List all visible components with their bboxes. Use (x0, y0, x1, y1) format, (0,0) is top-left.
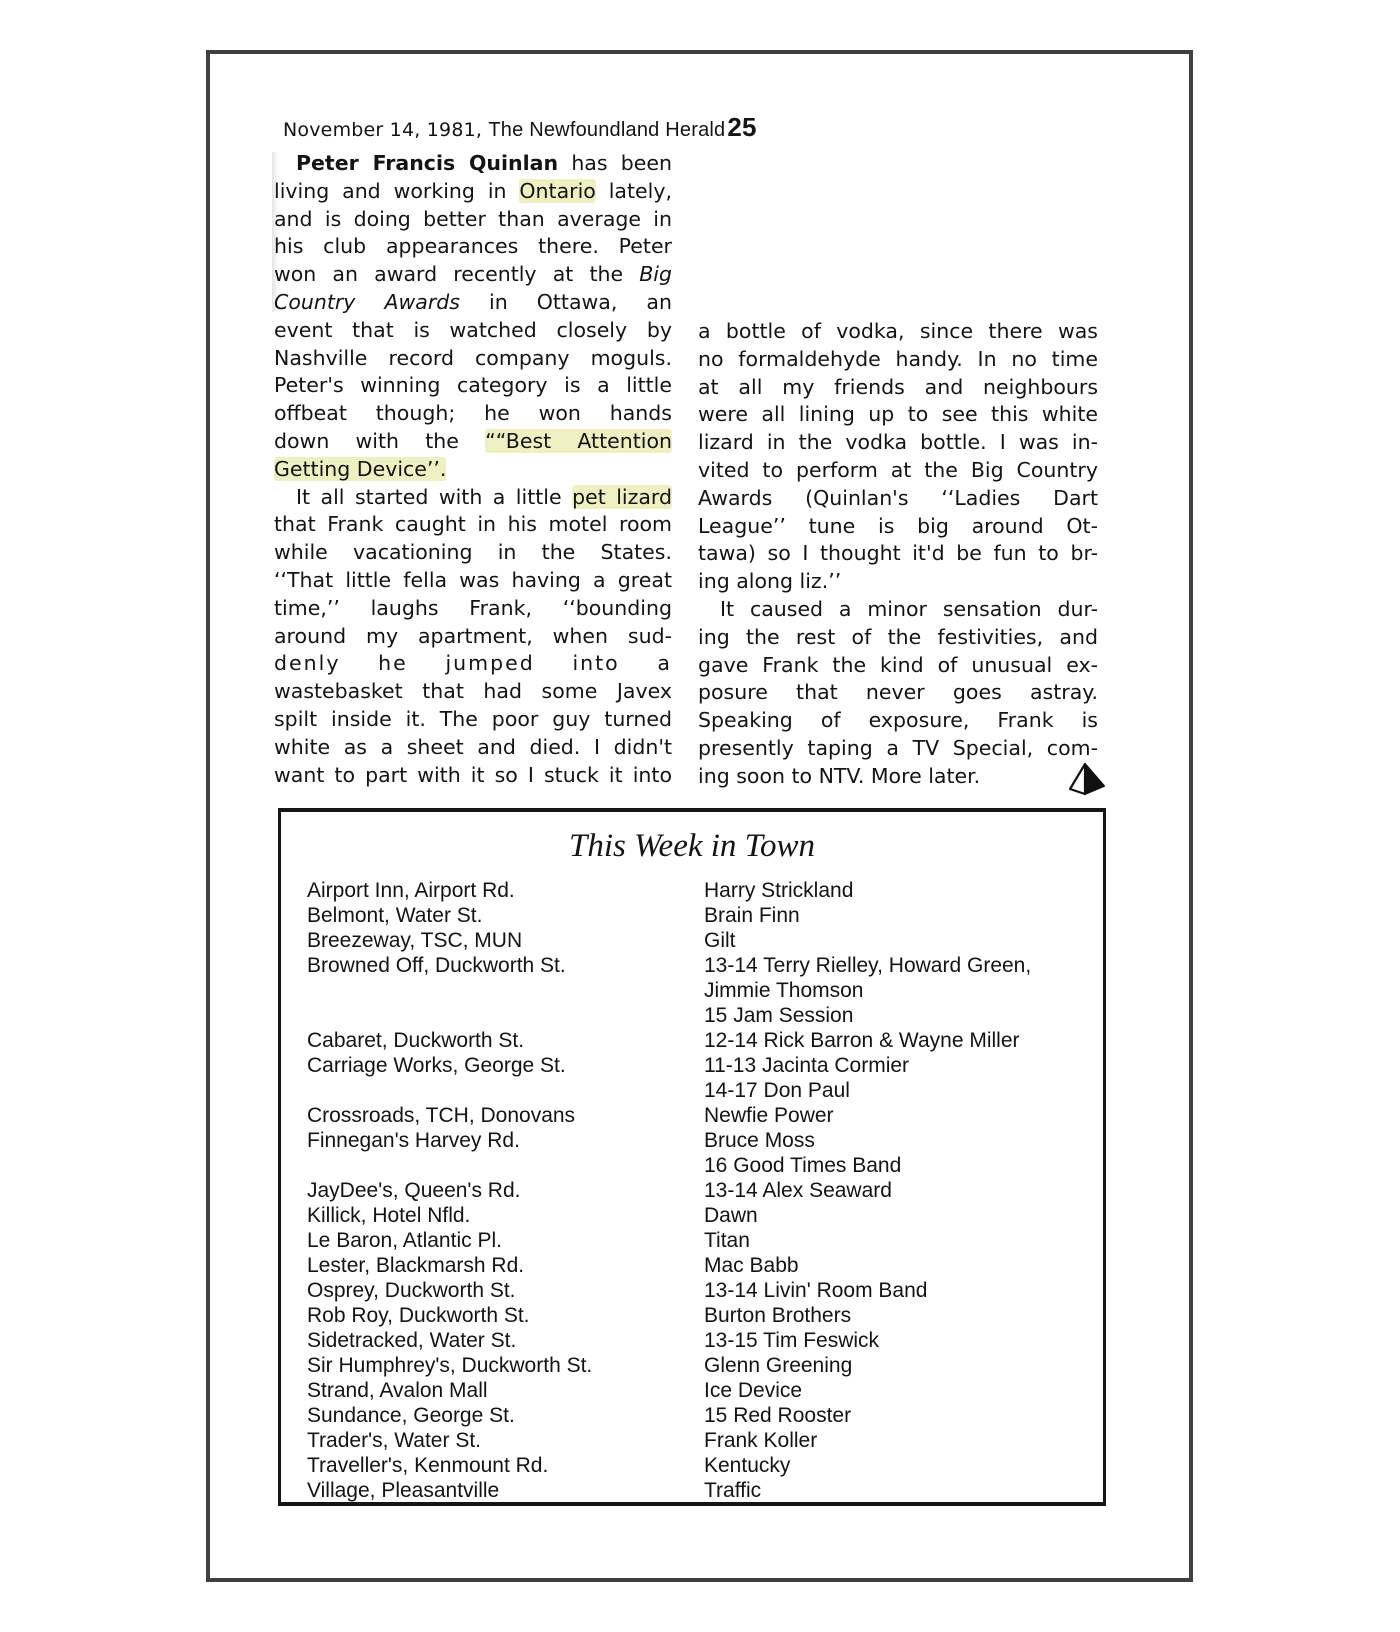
article-left-column: Peter Francis Quinlan has been living an… (274, 150, 672, 789)
venue-name: Killick, Hotel Nfld. (307, 1203, 687, 1228)
text-line: ing along liz.’’ (698, 568, 1098, 596)
text-line: posure that never goes astray. (698, 679, 1098, 707)
text-fragment: lately, (596, 179, 672, 203)
text-fragment: down with the (274, 429, 485, 453)
text-line: while vacationing in the States. (274, 539, 672, 567)
venue-name: Sundance, George St. (307, 1403, 687, 1428)
issue-date: November 14, 1981, (283, 119, 482, 141)
act-name: Burton Brothers (704, 1303, 1094, 1328)
text-line: were all lining up to see this white (698, 401, 1098, 429)
paragraph-2: It all started with a little pet lizard … (274, 484, 672, 790)
text-line: presently taping a TV Special, com- (698, 735, 1098, 763)
act-name: 15 Red Rooster (704, 1403, 1094, 1428)
highlight-award: Getting Device’’. (274, 457, 446, 481)
text-line: at all my friends and neighbours (698, 374, 1098, 402)
venue-name: Traveller's, Kenmount Rd. (307, 1453, 687, 1478)
text-line: spilt inside it. The poor guy turned (274, 706, 672, 734)
highlight-ontario: Ontario (519, 179, 595, 203)
venue-name (307, 978, 687, 1003)
act-name: 12-14 Rick Barron & Wayne Miller (704, 1028, 1094, 1053)
article-right-column: a bottle of vodka, since there was no fo… (698, 318, 1098, 791)
text-line: vited to perform at the Big Country (698, 457, 1098, 485)
venue-name: Trader's, Water St. (307, 1428, 687, 1453)
venue-name: Crossroads, TCH, Donovans (307, 1103, 687, 1128)
text-line: and is doing better than average in (274, 206, 672, 234)
text-line: ing the rest of the festivities, and (698, 624, 1098, 652)
act-name: Jimmie Thomson (704, 978, 1094, 1003)
text-line: that Frank caught in his motel room (274, 511, 672, 539)
text-fragment: Big (639, 262, 672, 286)
venue-name: Cabaret, Duckworth St. (307, 1028, 687, 1053)
venue-name: Airport Inn, Airport Rd. (307, 878, 687, 903)
highlight-award: ““Best Attention (485, 429, 672, 453)
text-fragment: Country Awards (274, 290, 460, 314)
act-name: Gilt (704, 928, 1094, 953)
act-name: 13-14 Terry Rielley, Howard Green, (704, 953, 1094, 978)
text-line: Country Awards in Ottawa, an (274, 289, 672, 317)
text-line: won an award recently at the Big (274, 261, 672, 289)
text-line: want to part with it so I stuck it into (274, 762, 672, 790)
venue-name: Le Baron, Atlantic Pl. (307, 1228, 687, 1253)
text-line: offbeat though; he won hands (274, 400, 672, 428)
text-line: League’’ tune is big around Ot- (698, 513, 1098, 541)
text-line: gave Frank the kind of unusual ex- (698, 652, 1098, 680)
venue-name: JayDee's, Queen's Rd. (307, 1178, 687, 1203)
text-fragment: in Ottawa, an (460, 290, 672, 314)
text-line: around my apartment, when sud- (274, 623, 672, 651)
this-week-in-town-box: This Week in Town Airport Inn, Airport R… (278, 808, 1106, 1506)
text-line: Peter Francis Quinlan has been (274, 150, 672, 178)
text-line: tawa) so I thought it'd be fun to br- (698, 540, 1098, 568)
venue-column: Airport Inn, Airport Rd.Belmont, Water S… (307, 878, 687, 1503)
act-name: Traffic (704, 1478, 1094, 1503)
text-line: white as a sheet and died. I didn't (274, 734, 672, 762)
venue-name: Rob Roy, Duckworth St. (307, 1303, 687, 1328)
text-line: denly he jumped into a (274, 650, 672, 678)
text-line: Nashville record company moguls. (274, 345, 672, 373)
venue-name: Sir Humphrey's, Duckworth St. (307, 1353, 687, 1378)
act-name: Bruce Moss (704, 1128, 1094, 1153)
text-fragment: living and working in (274, 179, 519, 203)
text-line: a bottle of vodka, since there was (698, 318, 1098, 346)
text-line: no formaldehyde handy. In no time (698, 346, 1098, 374)
venue-name (307, 1003, 687, 1028)
text-line: time,’’ laughs Frank, ‘‘bounding (274, 595, 672, 623)
text-line: It all started with a little pet lizard (274, 484, 672, 512)
venue-name: Belmont, Water St. (307, 903, 687, 928)
act-name: Titan (704, 1228, 1094, 1253)
venue-name: Breezeway, TSC, MUN (307, 928, 687, 953)
act-name: 13-15 Tim Feswick (704, 1328, 1094, 1353)
text-line: Speaking of exposure, Frank is (698, 707, 1098, 735)
act-name: 13-14 Alex Seaward (704, 1178, 1094, 1203)
act-name: Dawn (704, 1203, 1094, 1228)
venue-name: Strand, Avalon Mall (307, 1378, 687, 1403)
listing-title: This Week in Town (281, 828, 1103, 865)
act-name: 11-13 Jacinta Cormier (704, 1053, 1094, 1078)
act-column: Harry StricklandBrain FinnGilt13-14 Terr… (704, 878, 1094, 1503)
text-fragment: It all started with a little (296, 485, 572, 509)
paragraph-1: Peter Francis Quinlan has been living an… (274, 150, 672, 484)
text-line: lizard in the vodka bottle. I was in- (698, 429, 1098, 457)
paragraph-4: It caused a minor sensation dur- ing the… (698, 596, 1098, 791)
text-line: event that is watched closely by (274, 317, 672, 345)
text-line: Getting Device’’. (274, 456, 672, 484)
act-name: Mac Babb (704, 1253, 1094, 1278)
act-name: 14-17 Don Paul (704, 1078, 1094, 1103)
act-name: 13-14 Livin' Room Band (704, 1278, 1094, 1303)
lead-name: Peter Francis Quinlan (296, 151, 558, 175)
act-name: Newfie Power (704, 1103, 1094, 1128)
act-name: Harry Strickland (704, 878, 1094, 903)
text-fragment: won an award recently at the (274, 262, 639, 286)
text-fragment: has been (558, 151, 672, 175)
venue-name: Finnegan's Harvey Rd. (307, 1128, 687, 1153)
venue-name (307, 1078, 687, 1103)
text-line: his club appearances there. Peter (274, 233, 672, 261)
text-line: It caused a minor sensation dur- (698, 596, 1098, 624)
venue-name: Sidetracked, Water St. (307, 1328, 687, 1353)
text-line: ‘‘That little fella was having a great (274, 567, 672, 595)
venue-name (307, 1153, 687, 1178)
paragraph-3: a bottle of vodka, since there was no fo… (698, 318, 1098, 596)
text-line: ing soon to NTV. More later. (698, 763, 1098, 791)
text-line: Peter's winning category is a little (274, 372, 672, 400)
pyramid-icon (1068, 762, 1106, 796)
page-number: 25 (727, 112, 756, 142)
page-header: November 14, 1981, The Newfoundland Hera… (283, 112, 757, 143)
act-name: Ice Device (704, 1378, 1094, 1403)
act-name: Kentucky (704, 1453, 1094, 1478)
act-name: 15 Jam Session (704, 1003, 1094, 1028)
venue-name: Browned Off, Duckworth St. (307, 953, 687, 978)
venue-name: Carriage Works, George St. (307, 1053, 687, 1078)
text-line: Awards (Quinlan's ‘‘Ladies Dart (698, 485, 1098, 513)
venue-name: Osprey, Duckworth St. (307, 1278, 687, 1303)
text-line: living and working in Ontario lately, (274, 178, 672, 206)
text-line: down with the ““Best Attention (274, 428, 672, 456)
highlight-pet-lizard: pet lizard (572, 485, 672, 509)
act-name: Glenn Greening (704, 1353, 1094, 1378)
venue-name: Lester, Blackmarsh Rd. (307, 1253, 687, 1278)
text-line: wastebasket that had some Javex (274, 678, 672, 706)
venue-name: Village, Pleasantville (307, 1478, 687, 1503)
act-name: 16 Good Times Band (704, 1153, 1094, 1178)
act-name: Frank Koller (704, 1428, 1094, 1453)
act-name: Brain Finn (704, 903, 1094, 928)
publication-name: The Newfoundland Herald (488, 119, 725, 141)
